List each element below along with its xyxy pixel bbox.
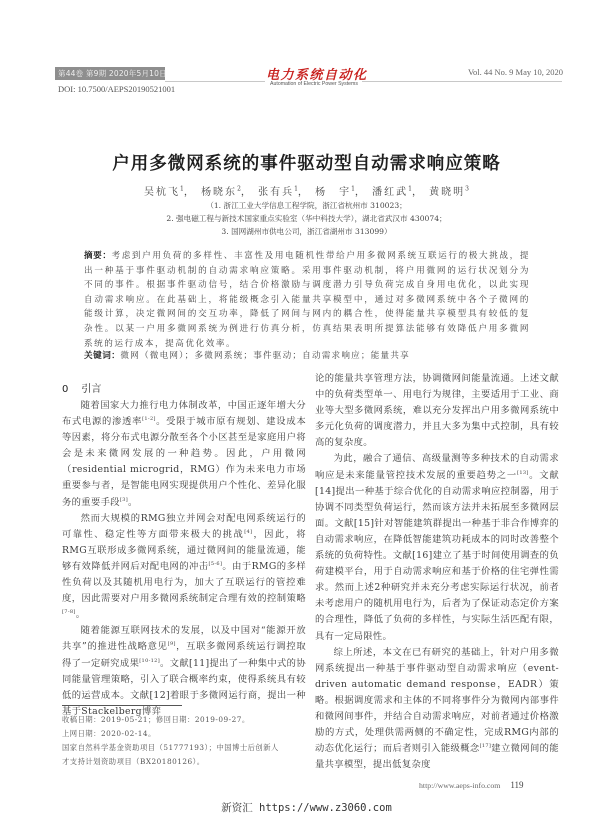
issue-band: 第44卷 第9期 2020年5月10日 <box>55 67 165 80</box>
footnote-rule <box>62 705 182 706</box>
citation[interactable]: [17] <box>480 743 492 749</box>
abstract: 摘要：考虑到户用负荷的多样性、丰富性及用电随机性带给户用多微网系统互联运行的极大… <box>84 249 530 351</box>
citation[interactable]: [7-8] <box>62 609 76 615</box>
keywords-text: 微网（微电网）；多微网系统；事件驱动；自动需求响应；能量共享 <box>120 351 410 361</box>
abstract-label: 摘要： <box>84 251 111 261</box>
author-aff: 1 <box>180 186 184 193</box>
abstract-text: 考虑到户用负荷的多样性、丰富性及用电随机性带给户用多微网系统互联运行的极大挑战，… <box>84 251 530 349</box>
paragraph: 综上所述，本文在已有研究的基础上，针对户用多微网系统提出一种基于事件驱动型自动需… <box>315 645 559 774</box>
volume-info: Vol. 44 No. 9 May 10, 2020 <box>468 67 563 77</box>
author-aff: 2 <box>237 186 241 193</box>
author-aff: 1 <box>408 186 412 193</box>
section-title: 引言 <box>81 384 101 395</box>
paragraph: 为此，融合了通信、高级量测等多种技术的自动需求响应是未来能量管控技术发展的重要趋… <box>315 451 559 644</box>
footnote-line: 国家自然科学基金资助项目（51777193）；中国博士后创新人 <box>62 741 306 755</box>
citation[interactable]: [1-2] <box>142 416 156 422</box>
author: 黄晓明 <box>429 187 465 198</box>
journal-name-en: Automation of Electric Power Systems <box>256 81 372 87</box>
affiliation: 3. 国网湖州市供电公司，浙江省湖州市 313099） <box>0 226 613 237</box>
paragraph: 然而大规模的RMG独立并网会对配电网系统运行的可靠性、稳定性等方面带来极大的挑战… <box>62 511 306 624</box>
section-number: 0 <box>62 384 68 395</box>
section-heading: 0引言 <box>62 380 101 395</box>
footnote-line: 收稿日期：2019-05-21；修回日期：2019-09-27。 <box>62 713 306 727</box>
footnote-line: 上网日期：2020-02-14。 <box>62 727 306 741</box>
author: 杨 宇 <box>315 187 351 198</box>
citation[interactable]: [5-6] <box>209 561 223 567</box>
paper-title: 户用多微网系统的事件驱动型自动需求响应策略 <box>0 150 613 175</box>
author: 潘红武 <box>372 187 408 198</box>
page-number: 119 <box>510 780 523 790</box>
header-rule-left <box>165 81 265 82</box>
author-aff: 1 <box>351 186 355 193</box>
journal-url[interactable]: http://www.aeps-info.com <box>419 781 500 790</box>
keywords: 关键词：微网（微电网）；多微网系统；事件驱动；自动需求响应；能量共享 <box>84 349 410 361</box>
author: 杨晓东 <box>201 187 237 198</box>
header-rule-right <box>362 81 562 82</box>
footnotes: 收稿日期：2019-05-21；修回日期：2019-09-27。 上网日期：20… <box>62 713 306 769</box>
left-column: 随着国家大力推行电力体制改革，中国正逐年增大分布式电源的渗透率[1-2]。受限于… <box>62 398 306 720</box>
author: 张有兵 <box>258 187 294 198</box>
affiliation: （1. 浙江工业大学信息工程学院，浙江省杭州市 310023； <box>0 200 613 211</box>
citation[interactable]: [3] <box>120 496 128 502</box>
citation[interactable]: [13] <box>517 469 529 475</box>
footnote-line: 才支持计划资助项目（BX20180126）。 <box>62 755 306 769</box>
paragraph: 随着国家大力推行电力体制改革，中国正逐年增大分布式电源的渗透率[1-2]。受限于… <box>62 398 306 511</box>
paragraph: 论的能量共享管理方法，协调微网间能量流通。上述文献中的负荷类型单一、用电行为规律… <box>315 371 559 451</box>
right-column: 论的能量共享管理方法，协调微网间能量流通。上述文献中的负荷类型单一、用电行为规律… <box>315 371 559 773</box>
affiliation: 2. 强电磁工程与新技术国家重点实验室（华中科技大学），湖北省武汉市 43007… <box>0 213 613 224</box>
keywords-label: 关键词： <box>84 351 120 361</box>
doi: DOI: 10.7500/AEPS20190521001 <box>58 84 175 94</box>
page-footer: http://www.aeps-info.com119 <box>419 780 524 790</box>
author-list: 吴杭飞1， 杨晓东2， 张有兵1， 杨 宇1， 潘红武1， 黄晓明3 <box>0 183 613 198</box>
citation[interactable]: [9] <box>168 641 176 647</box>
author: 吴杭飞 <box>144 187 180 198</box>
author-aff: 1 <box>294 186 298 193</box>
citation[interactable]: [10-12] <box>139 657 160 663</box>
watermark: 新资汇 https://www.z3060.com <box>0 800 613 815</box>
author-aff: 3 <box>465 186 469 193</box>
